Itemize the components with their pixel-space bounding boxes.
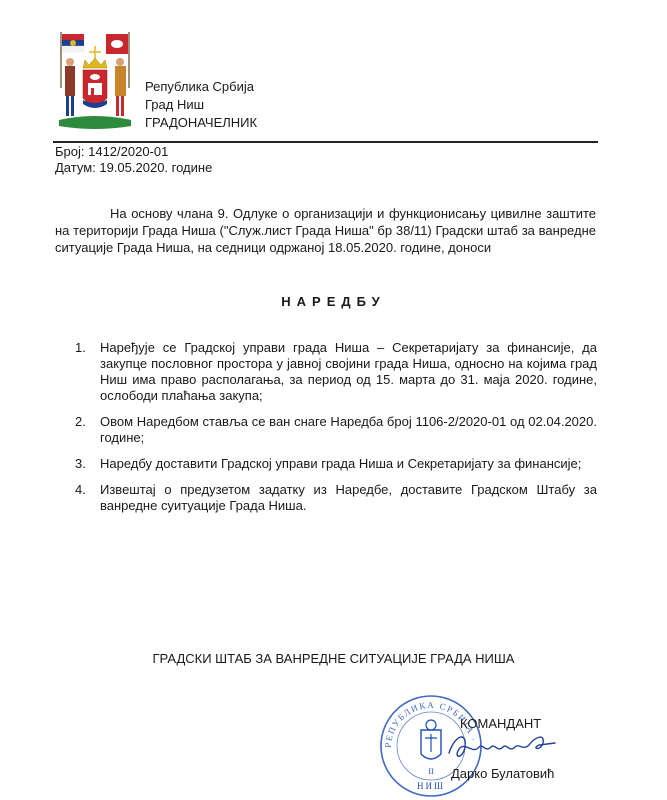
document-date: Датум: 19.05.2020. године <box>55 160 212 176</box>
svg-text:II: II <box>428 767 434 776</box>
order-item: 1. Наређује се Градској управи града Ниш… <box>75 340 597 404</box>
order-item: 4. Извештај о предузетом задатку из Наре… <box>75 482 597 514</box>
order-number: 3. <box>75 456 86 472</box>
document-meta: Број: 1412/2020-01 Датум: 19.05.2020. го… <box>55 144 212 176</box>
issuer-office: ГРАДОНАЧЕЛНИК <box>145 114 257 132</box>
intro-paragraph: На основу члана 9. Одлуке о организацији… <box>55 205 596 256</box>
coat-of-arms-icon <box>53 28 137 138</box>
order-text: Наређује се Градској управи града Ниша –… <box>100 340 597 403</box>
order-item: 2. Овом Наредбом ставља се ван снаге Нар… <box>75 414 597 446</box>
order-text: Наредбу доставити Градској управи града … <box>100 456 581 471</box>
order-list: 1. Наређује се Градској управи града Ниш… <box>75 340 597 524</box>
order-text: Извештај о предузетом задатку из Наредбе… <box>100 482 597 513</box>
issuer-country: Република Србија <box>145 78 257 96</box>
handwritten-signature-icon <box>445 725 565 765</box>
document-title: НАРЕДБУ <box>0 294 667 309</box>
document-number: Број: 1412/2020-01 <box>55 144 212 160</box>
order-item: 3. Наредбу доставити Градској управи гра… <box>75 456 597 472</box>
order-number: 4. <box>75 482 86 498</box>
order-number: 1. <box>75 340 86 356</box>
issuer-city: Град Ниш <box>145 96 257 114</box>
order-text: Овом Наредбом ставља се ван снаге Наредб… <box>100 414 597 445</box>
issuer-block: Република Србија Град Ниш ГРАДОНАЧЕЛНИК <box>145 78 257 132</box>
svg-text:НИШ: НИШ <box>417 781 445 791</box>
header-divider <box>53 141 598 143</box>
order-number: 2. <box>75 414 86 430</box>
signatory-name: Дарко Булатовић <box>451 766 554 781</box>
headquarters-label: ГРАДСКИ ШТАБ ЗА ВАНРЕДНЕ СИТУАЦИЈЕ ГРАДА… <box>0 651 667 666</box>
